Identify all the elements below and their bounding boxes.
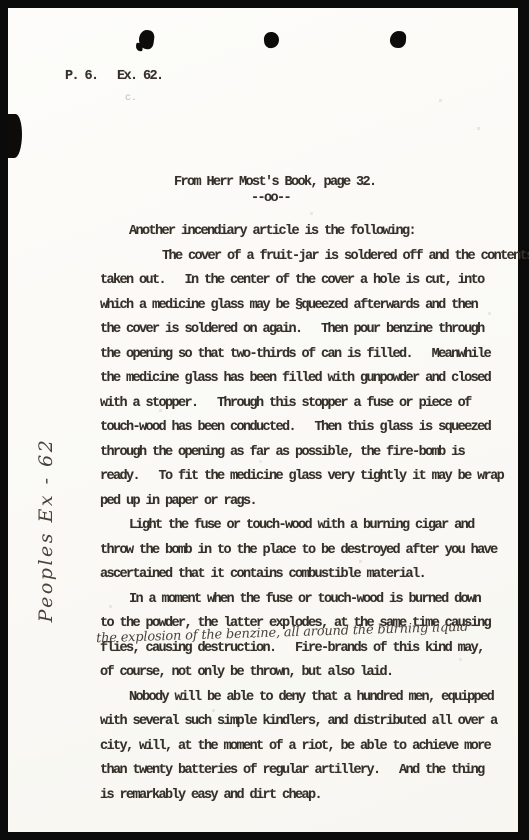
typed-line: than twenty batteries of regular artille… — [100, 759, 510, 784]
typed-line: the cover is soldered on again. Then pou… — [100, 318, 510, 343]
typed-line: Another incendiary article is the follow… — [100, 220, 510, 245]
typed-line: ascertained that it contains combustible… — [100, 563, 510, 588]
ink-blot-icon — [389, 30, 406, 48]
typed-line: taken out. In the center of the cover a … — [100, 269, 510, 294]
exhibit-header: P. 6. Ex. 62. — [65, 69, 163, 84]
typed-line: Nobody will be able to deny that a hundr… — [100, 686, 510, 711]
typed-line: the medicine glass has been filled with … — [100, 367, 510, 392]
stray-pencil-mark: c. — [125, 93, 137, 104]
scanned-document: P. 6. Ex. 62. c. From Herr Most's Book, … — [0, 0, 529, 840]
typed-line: ready. To fit the medicine glass very ti… — [100, 465, 510, 490]
typed-line: ped up in paper or rags. — [100, 490, 510, 515]
typed-line: with a stopper. Through this stopper a f… — [100, 392, 510, 417]
typed-line: is remarkably easy and dirt cheap. — [100, 784, 510, 809]
typed-line: with several such simple kindlers, and d… — [100, 710, 510, 735]
typed-line: The cover of a fruit-jar is soldered off… — [100, 245, 510, 270]
typed-line: throw the bomb in to the place to be des… — [100, 539, 510, 564]
document-body: Another incendiary article is the follow… — [100, 220, 510, 808]
scan-edge-artifact — [8, 114, 22, 158]
title-divider: --oo-- — [251, 191, 290, 206]
typed-line: Light the fuse or touch-wood with a burn… — [100, 514, 510, 539]
typed-line: the opening so that two-thirds of can is… — [100, 343, 510, 368]
typed-line: through the opening as far as possible, … — [100, 441, 510, 466]
typed-line: touch-wood has been conducted. Then this… — [100, 416, 510, 441]
typed-line: which a medicine glass may be §queezed a… — [100, 294, 510, 319]
typed-line: In a moment when the fuse or touch-wood … — [100, 588, 510, 613]
typed-line: of course, not only be thrown, but also … — [100, 661, 510, 686]
document-page: P. 6. Ex. 62. c. From Herr Most's Book, … — [8, 8, 518, 832]
paper-speckles — [8, 8, 9, 9]
margin-note-exhibit: Peoples Ex - 62 — [35, 430, 61, 630]
ink-blot-icon — [138, 29, 155, 50]
document-title: From Herr Most's Book, page 32. — [174, 175, 376, 190]
ink-blot-icon — [263, 31, 280, 48]
typed-line: city, will, at the moment of a riot, be … — [100, 735, 510, 760]
